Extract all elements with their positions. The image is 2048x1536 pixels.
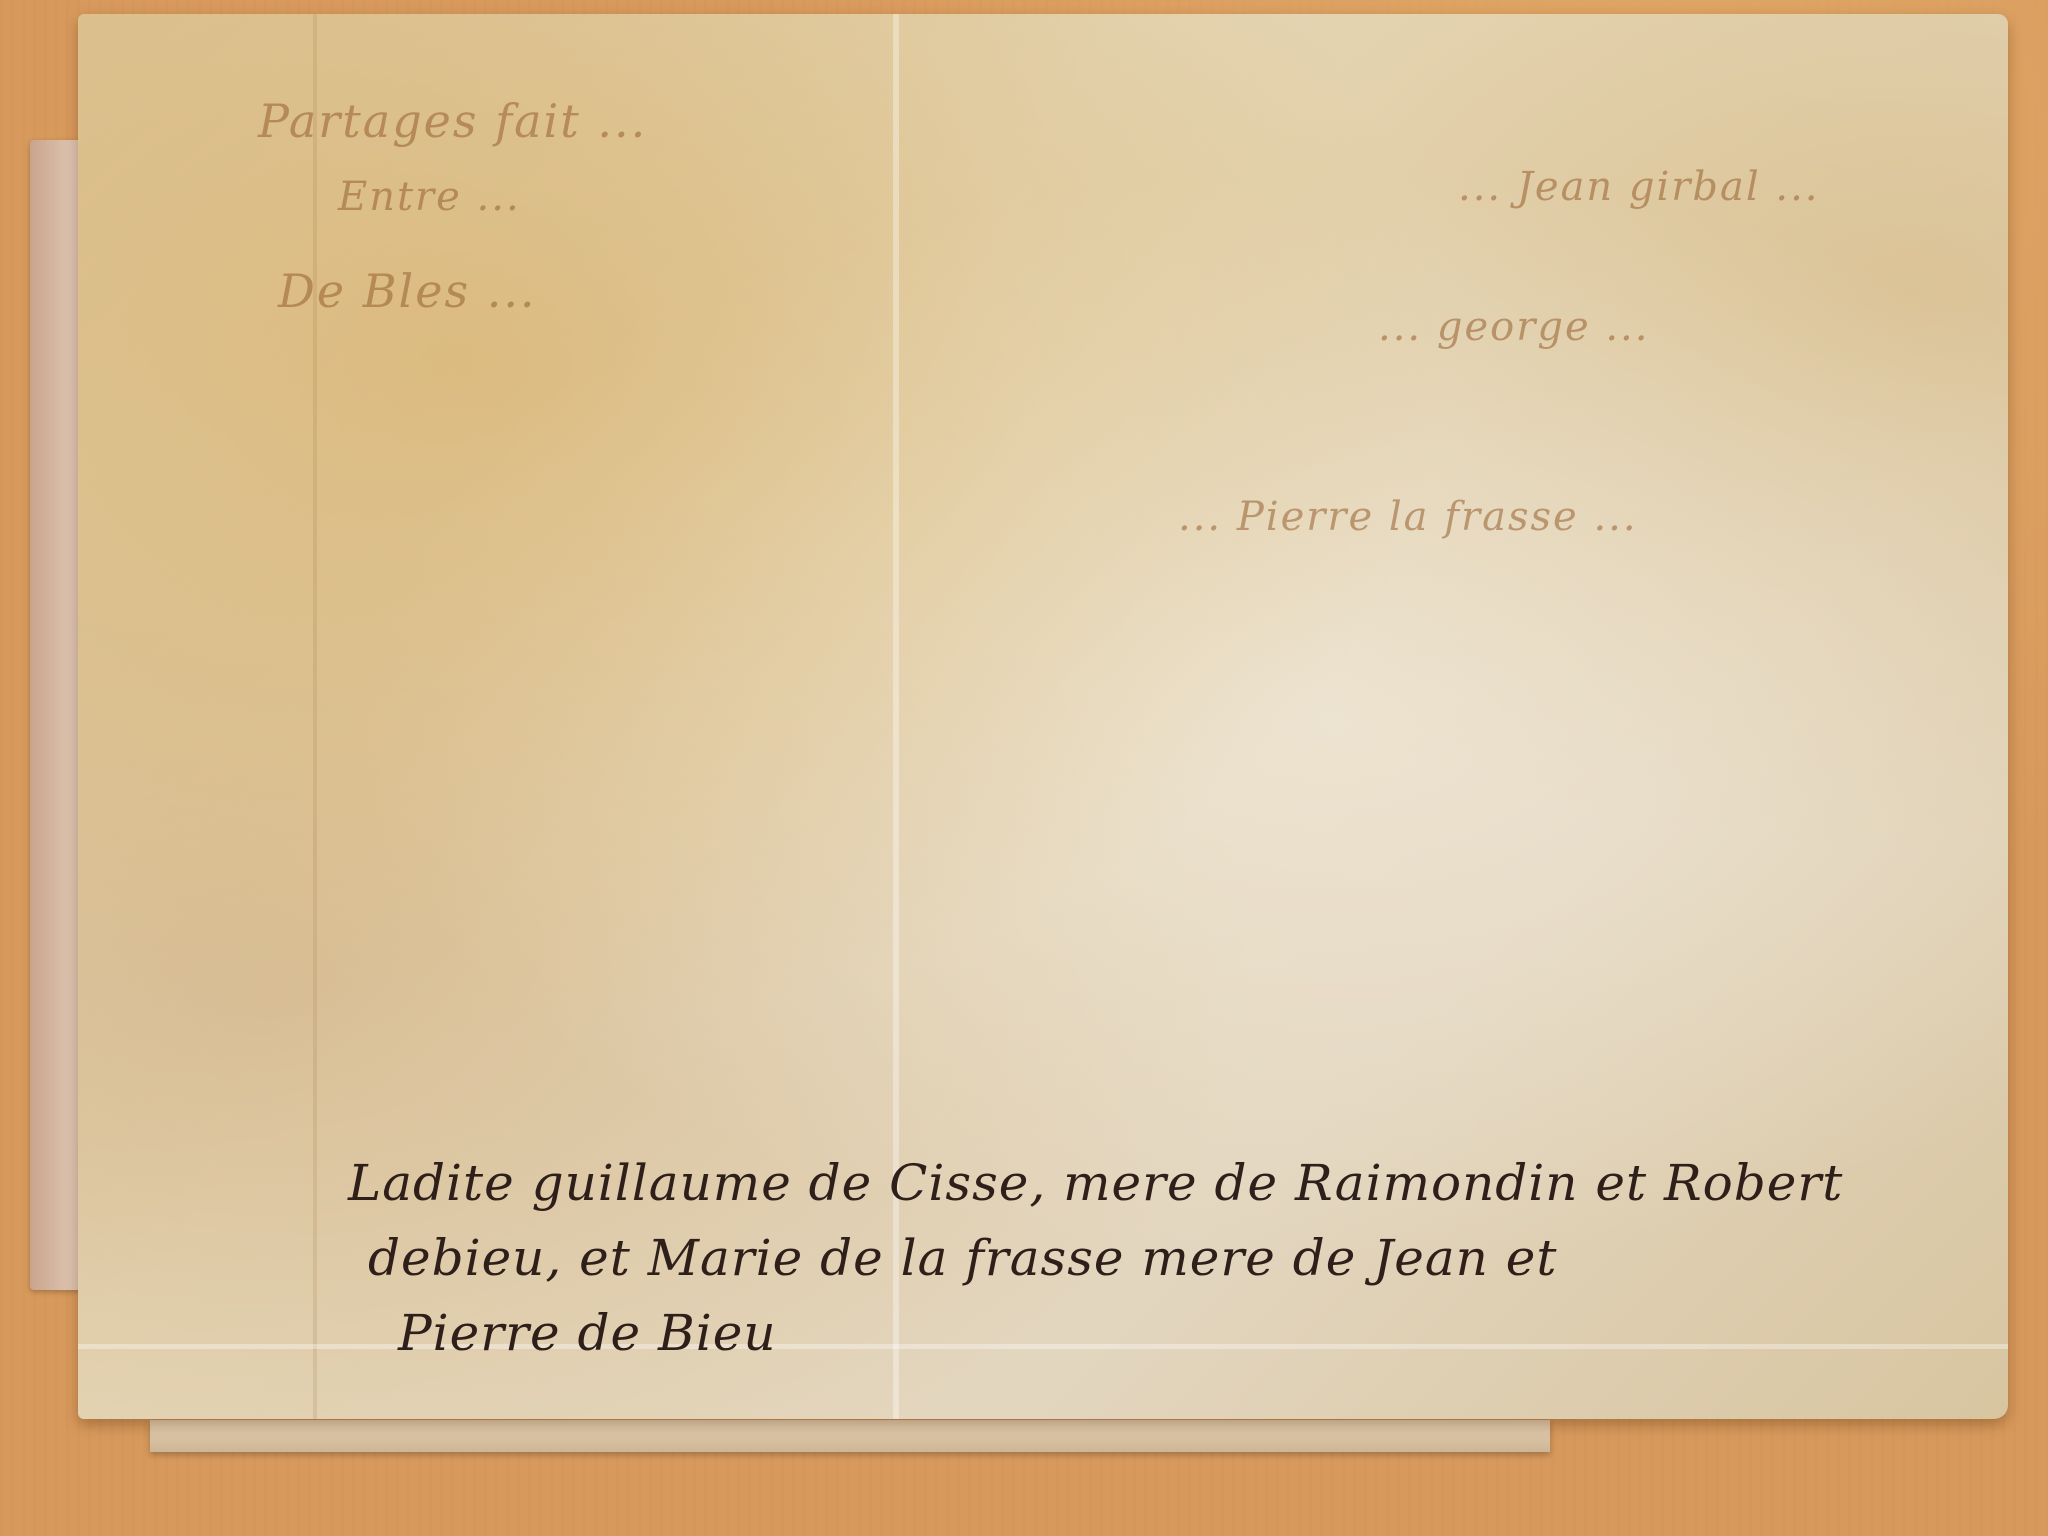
underlying-sheet-bottom [150,1420,1550,1452]
faded-text-line: Entre ... [338,174,521,220]
faded-text-line: Partages fait ... [258,94,647,148]
ink-text-line-3: Pierre de Bieu [398,1304,777,1362]
parchment-document: Partages fait ... ... Jean girbal ... En… [78,14,2008,1419]
fold-crease [313,14,317,1419]
fold-crease [78,1344,2008,1349]
ink-text-line-2: debieu, et Marie de la frasse mere de Je… [368,1229,1557,1287]
faded-text-line: ... george ... [1378,304,1649,350]
ink-text-line-1: Ladite guillaume de Cisse, mere de Raimo… [348,1154,1843,1212]
faded-text-line: ... Pierre la frasse ... [1178,494,1638,540]
faded-text-line: De Bles ... [278,264,537,318]
faded-text-line: ... Jean girbal ... [1458,164,1820,210]
